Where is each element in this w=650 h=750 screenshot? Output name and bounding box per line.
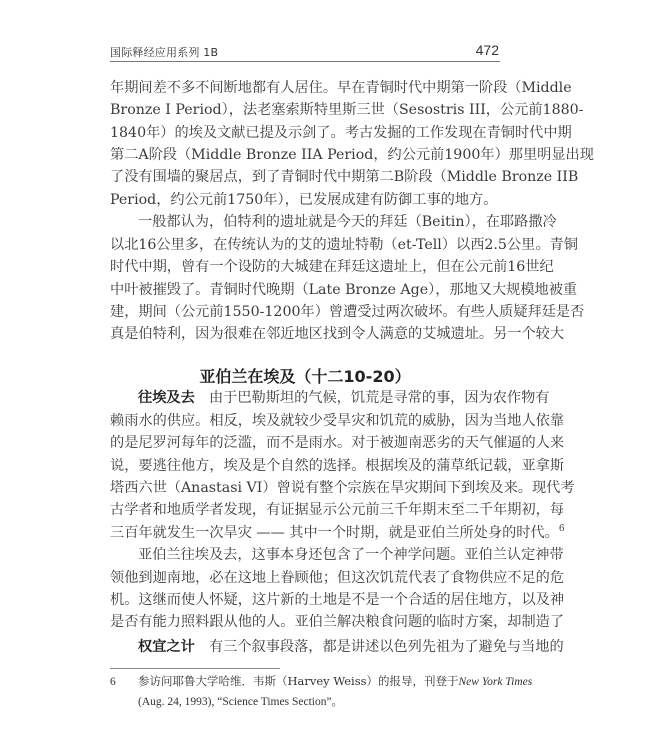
- body-line-with-lead: 权宜之计 有三个叙事段落，都是讲述以色列先祖为了避免与当地的: [110, 636, 500, 658]
- body-line: 的是尼罗河每年的泛滥，而不是雨水。对于被迦南恶劣的天气催逼的人来: [110, 432, 500, 454]
- body-line: Bronze I Period），法老塞索斯特里斯三世（Sesostris II…: [110, 99, 500, 121]
- body-line: 建，期间（公元前1550-1200年）曾遭受过两次破坏。有些人质疑拜廷是否: [110, 301, 500, 323]
- footnote-reference[interactable]: 6: [559, 524, 565, 534]
- body-line: 时代中期，曾有一个设防的大城建在拜廷这遗址上，但在公元前16世纪: [110, 256, 500, 278]
- body-line: 真是伯特利，因为很难在邻近地区找到令人满意的艾城遗址。另一个较大: [110, 323, 500, 345]
- body-line: 1840年）的埃及文献已提及示剑了。考古发掘的工作发现在青铜时代中期: [110, 122, 500, 144]
- body-line: 第二A阶段（Middle Bronze IIA Period，约公元前1900年…: [110, 144, 500, 166]
- header-rule: [110, 61, 500, 62]
- body-line: 年期间差不多不间断地都有人居住。早在青铜时代中期第一阶段（Middle: [110, 77, 500, 99]
- footnote-continuation: (Aug. 24, 1993), “Science Times Section”…: [110, 692, 500, 712]
- body-line: 机。这继而使人怀疑，这片新的土地是不是一个合适的居住地方，以及神: [110, 589, 500, 611]
- body-text: 有三个叙事段落，都是讲述以色列先祖为了避免与当地的: [209, 639, 564, 655]
- body-line: 以北16公里多，在传统认为的艾的遗址特勒（et-Tell）以西2.5公里。青铜: [110, 234, 500, 256]
- body-line: 中叶被摧毁了。青铜时代晚期（Late Bronze Age），那地又大规模地被重: [110, 279, 500, 301]
- body-line: 一般都认为，伯特利的遗址就是今天的拜廷（Beitin），在耶路撒冷: [110, 211, 500, 233]
- body-line: 说，要逃往他方，埃及是个自然的选择。根据埃及的蒲草纸记载，亚拿斯: [110, 455, 500, 477]
- body-text: 由于巴勒斯坦的气候，饥荒是寻常的事，因为农作物有: [209, 390, 550, 406]
- run-in-heading: 权宜之计: [138, 639, 195, 655]
- footnote: 6参访问耶鲁大学哈维．韦斯（Harvey Weiss）的报导，刊登于New Yo…: [110, 671, 500, 692]
- body-line: Period，约公元前1750年），已发展成建有防御工事的地方。: [110, 189, 500, 211]
- body-line: 领他到迦南地，必在这地上眷顾他；但这次饥荒代表了食物供应不足的危: [110, 567, 500, 589]
- page-number: 472: [476, 42, 499, 58]
- body-line: 赖雨水的供应。相反，埃及就较少受旱灾和饥荒的威胁，因为当地人依靠: [110, 410, 500, 432]
- body-line: 亚伯兰往埃及去，这事本身还包含了一个神学问题。亚伯兰认定神带: [110, 544, 500, 566]
- body-line: 塔西六世（Anastasi VI）曾说有整个宗族在旱灾期间下到埃及来。现代考: [110, 477, 500, 499]
- book-page: 国际释经应用系列 1B 472 年期间差不多不间断地都有人居住。早在青铜时代中期…: [0, 0, 650, 750]
- footnote-text: 参访问耶鲁大学哈维．韦斯（Harvey Weiss）的报导，刊登于: [138, 674, 459, 688]
- body-line: 三百年就发生一次旱灾 —— 其中一个时期，就是亚伯兰所处身的时代。6: [110, 522, 500, 544]
- body-line-with-lead: 往埃及去 由于巴勒斯坦的气候，饥荒是寻常的事，因为农作物有: [110, 387, 500, 409]
- body-line: 了没有围墙的聚居点，到了青铜时代中期第二B阶段（Middle Bronze II…: [110, 166, 500, 188]
- body-line: 是否有能力照料跟从他的人。亚伯兰解决粮食问题的临时方案，却制造了: [110, 611, 500, 633]
- body-text: 三百年就发生一次旱灾 —— 其中一个时期，就是亚伯兰所处身的时代。: [110, 525, 559, 541]
- run-in-heading: 往埃及去: [138, 390, 195, 406]
- footnote-number: 6: [110, 672, 138, 692]
- footnote-publication: New York Times: [459, 676, 533, 688]
- footnote-rule: [110, 668, 280, 669]
- body-line: 古学者和地质学者发现，有证据显示公元前三千年期末至二千年期初，每: [110, 499, 500, 521]
- running-header-title: 国际释经应用系列 1B: [110, 44, 218, 60]
- section-heading: 亚伯兰在埃及（十二10-20）: [110, 364, 500, 387]
